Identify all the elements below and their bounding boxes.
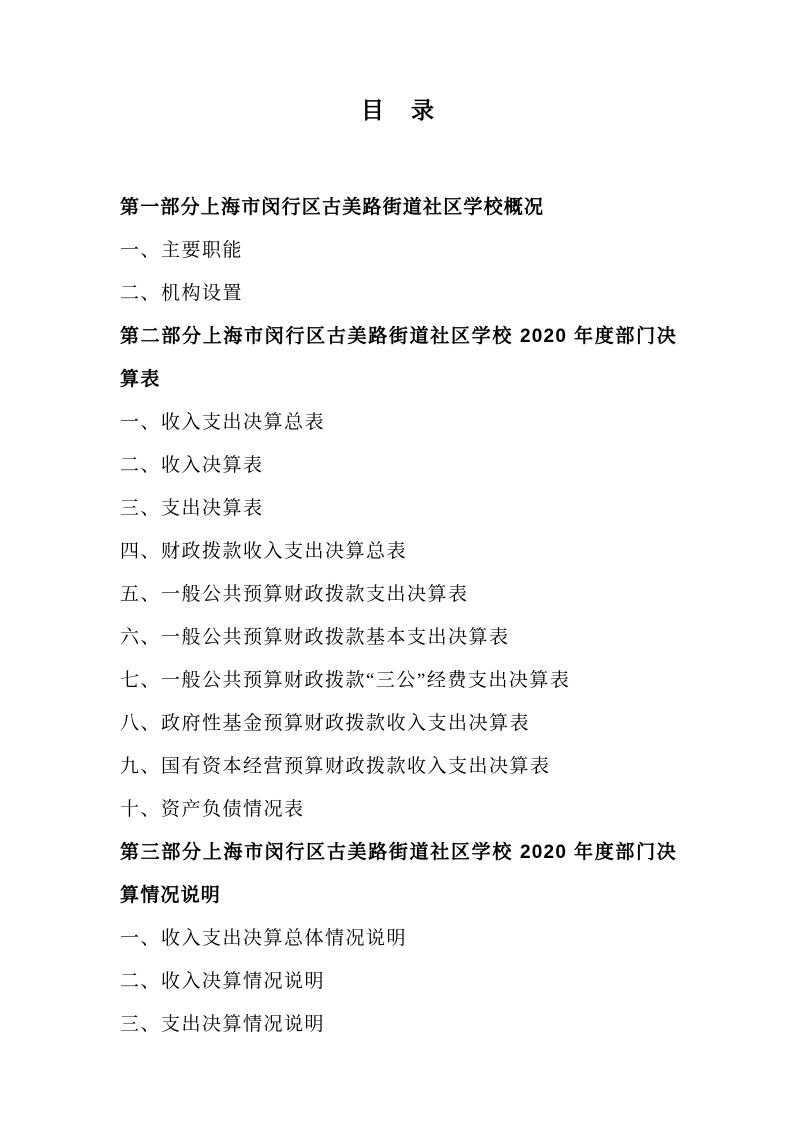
toc-item: 十、资产负债情况表 [120,788,677,831]
section-1-heading: 第一部分上海市闵行区古美路街道社区学校概况 [120,186,677,229]
toc-item: 九、国有资本经营预算财政拨款收入支出决算表 [120,745,677,788]
toc-item: 一、收入支出决算总体情况说明 [120,917,677,960]
page-title: 目 录 [120,92,677,128]
toc-item: 二、收入决算情况说明 [120,960,677,1003]
document-page: 目 录 第一部分上海市闵行区古美路街道社区学校概况 一、主要职能 二、机构设置 … [0,0,793,1122]
section-3-heading: 第三部分上海市闵行区古美路街道社区学校 2020 年度部门决算情况说明 [120,831,677,917]
toc-item: 六、一般公共预算财政拨款基本支出决算表 [120,616,677,659]
toc-item: 二、机构设置 [120,272,677,315]
toc-item: 五、一般公共预算财政拨款支出决算表 [120,573,677,616]
toc-item: 三、支出决算表 [120,487,677,530]
toc-item: 八、政府性基金预算财政拨款收入支出决算表 [120,702,677,745]
toc-item: 二、收入决算表 [120,444,677,487]
section-2-heading: 第二部分上海市闵行区古美路街道社区学校 2020 年度部门决算表 [120,315,677,401]
toc-item: 一、收入支出决算总表 [120,401,677,444]
toc-item: 四、财政拨款收入支出决算总表 [120,530,677,573]
toc-item: 七、一般公共预算财政拨款“三公”经费支出决算表 [120,659,677,702]
toc-item: 一、主要职能 [120,229,677,272]
toc-item: 三、支出决算情况说明 [120,1003,677,1046]
table-of-contents: 第一部分上海市闵行区古美路街道社区学校概况 一、主要职能 二、机构设置 第二部分… [120,186,677,1046]
